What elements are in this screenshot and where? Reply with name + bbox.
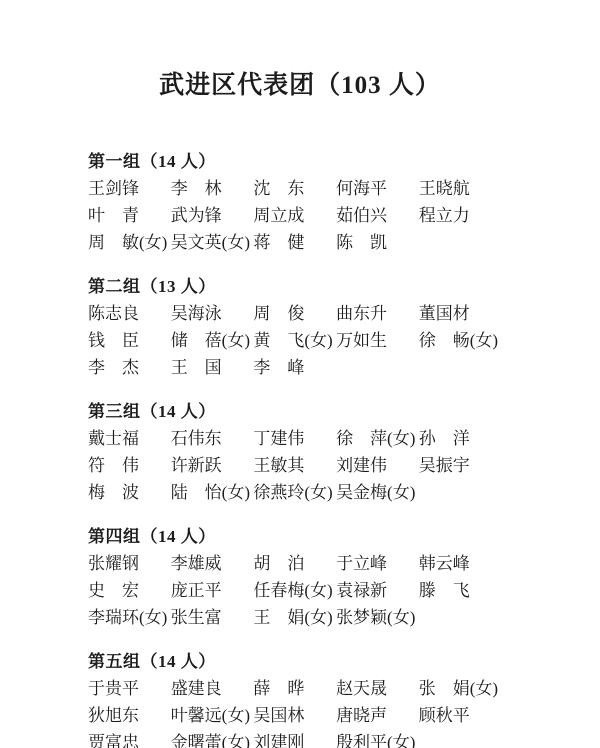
delegate-name: 武为锋	[171, 202, 254, 229]
delegate-name: 叶馨远(女)	[171, 702, 254, 729]
delegate-name: 李 林	[171, 175, 254, 202]
delegate-name: 李瑞环(女)	[88, 604, 171, 631]
delegate-name: 狄旭东	[88, 702, 171, 729]
delegate-name: 刘建刚	[253, 729, 336, 748]
delegate-name: 董国材	[419, 300, 502, 327]
name-row: 叶 青武为锋周立成茹伯兴程立力	[88, 202, 560, 229]
delegate-name: 殷利平(女)	[336, 729, 419, 748]
delegate-name: 梅 波	[88, 479, 171, 506]
name-row: 符 伟许新跃王敏其刘建伟吴振宇	[88, 452, 560, 479]
delegate-name: 沈 东	[253, 175, 336, 202]
delegate-name: 唐晓声	[336, 702, 419, 729]
delegate-name: 金曙蕾(女)	[171, 729, 254, 748]
delegate-name: 钱 臣	[88, 327, 171, 354]
delegate-name: 王 娟(女)	[253, 604, 336, 631]
delegate-name: 石伟东	[171, 425, 254, 452]
delegate-name: 徐 萍(女)	[336, 425, 419, 452]
name-row: 陈志良吴海泳周 俊曲东升董国材	[88, 300, 560, 327]
delegate-group: 第二组（13 人）陈志良吴海泳周 俊曲东升董国材钱 臣储 蓓(女)黄 飞(女)万…	[88, 273, 560, 381]
delegate-name: 徐燕玲(女)	[253, 479, 336, 506]
delegate-name: 王 国	[171, 354, 254, 381]
delegate-name: 吴海泳	[171, 300, 254, 327]
delegate-name: 于立峰	[336, 550, 419, 577]
delegate-name: 何海平	[336, 175, 419, 202]
delegate-name: 许新跃	[171, 452, 254, 479]
delegate-name: 张耀钢	[88, 550, 171, 577]
delegate-name: 黄 飞(女)	[253, 327, 336, 354]
delegate-name: 茹伯兴	[336, 202, 419, 229]
delegate-name: 张生富	[171, 604, 254, 631]
delegate-name: 吴文英(女)	[171, 229, 254, 256]
delegate-name: 吴振宇	[419, 452, 502, 479]
group-header: 第四组（14 人）	[88, 523, 560, 550]
delegate-name: 戴士福	[88, 425, 171, 452]
delegate-name: 陆 怡(女)	[171, 479, 254, 506]
delegate-name: 万如生	[336, 327, 419, 354]
delegate-name: 吴金梅(女)	[336, 479, 419, 506]
name-row: 狄旭东叶馨远(女)吴国林唐晓声顾秋平	[88, 702, 560, 729]
delegate-name: 储 蓓(女)	[171, 327, 254, 354]
group-header: 第一组（14 人）	[88, 148, 560, 175]
delegate-name: 滕 飞	[419, 577, 502, 604]
delegate-name: 张 娟(女)	[419, 675, 502, 702]
delegate-name: 王晓航	[419, 175, 502, 202]
delegate-name: 丁建伟	[253, 425, 336, 452]
delegate-group: 第一组（14 人）王剑锋李 林沈 东何海平王晓航叶 青武为锋周立成茹伯兴程立力周…	[88, 148, 560, 256]
delegate-name: 李 杰	[88, 354, 171, 381]
document-page: 武进区代表团（103 人） 第一组（14 人）王剑锋李 林沈 东何海平王晓航叶 …	[0, 0, 600, 748]
delegate-group: 第三组（14 人）戴士福石伟东丁建伟徐 萍(女)孙 洋符 伟许新跃王敏其刘建伟吴…	[88, 398, 560, 506]
delegate-name: 符 伟	[88, 452, 171, 479]
delegate-name: 胡 泊	[253, 550, 336, 577]
delegate-name: 刘建伟	[336, 452, 419, 479]
group-header: 第三组（14 人）	[88, 398, 560, 425]
delegate-name: 盛建良	[171, 675, 254, 702]
delegate-name: 薛 晔	[253, 675, 336, 702]
name-row: 梅 波陆 怡(女)徐燕玲(女)吴金梅(女)	[88, 479, 560, 506]
delegate-name: 王敏其	[253, 452, 336, 479]
delegate-name: 吴国林	[253, 702, 336, 729]
delegate-name: 叶 青	[88, 202, 171, 229]
delegate-list: 第一组（14 人）王剑锋李 林沈 东何海平王晓航叶 青武为锋周立成茹伯兴程立力周…	[88, 148, 560, 748]
name-row: 李瑞环(女)张生富王 娟(女)张梦颖(女)	[88, 604, 560, 631]
delegate-name: 袁禄新	[336, 577, 419, 604]
name-row: 戴士福石伟东丁建伟徐 萍(女)孙 洋	[88, 425, 560, 452]
delegate-name: 李 峰	[253, 354, 336, 381]
delegate-name: 徐 畅(女)	[419, 327, 502, 354]
delegate-name: 李雄威	[171, 550, 254, 577]
delegate-name: 韩云峰	[419, 550, 502, 577]
delegate-name: 陈志良	[88, 300, 171, 327]
delegate-name: 王剑锋	[88, 175, 171, 202]
document-title: 武进区代表团（103 人）	[0, 0, 600, 100]
group-header: 第五组（14 人）	[88, 648, 560, 675]
delegate-group: 第五组（14 人）于贵平盛建良薛 晔赵天晟张 娟(女)狄旭东叶馨远(女)吴国林唐…	[88, 648, 560, 748]
name-row: 张耀钢李雄威胡 泊于立峰韩云峰	[88, 550, 560, 577]
delegate-name: 赵天晟	[336, 675, 419, 702]
delegate-name: 蒋 健	[253, 229, 336, 256]
group-header: 第二组（13 人）	[88, 273, 560, 300]
delegate-name: 曲东升	[336, 300, 419, 327]
name-row: 于贵平盛建良薛 晔赵天晟张 娟(女)	[88, 675, 560, 702]
delegate-name: 周 俊	[253, 300, 336, 327]
delegate-name: 孙 洋	[419, 425, 502, 452]
delegate-group: 第四组（14 人）张耀钢李雄威胡 泊于立峰韩云峰史 宏庞正平任春梅(女)袁禄新滕…	[88, 523, 560, 631]
delegate-name: 史 宏	[88, 577, 171, 604]
name-row: 贾富忠金曙蕾(女)刘建刚殷利平(女)	[88, 729, 560, 748]
delegate-name: 贾富忠	[88, 729, 171, 748]
name-row: 史 宏庞正平任春梅(女)袁禄新滕 飞	[88, 577, 560, 604]
delegate-name: 陈 凯	[336, 229, 419, 256]
delegate-name: 程立力	[419, 202, 502, 229]
name-row: 李 杰王 国李 峰	[88, 354, 560, 381]
name-row: 王剑锋李 林沈 东何海平王晓航	[88, 175, 560, 202]
delegate-name: 周立成	[253, 202, 336, 229]
delegate-name: 张梦颖(女)	[336, 604, 419, 631]
delegate-name: 顾秋平	[419, 702, 502, 729]
delegate-name: 庞正平	[171, 577, 254, 604]
delegate-name: 任春梅(女)	[253, 577, 336, 604]
name-row: 钱 臣储 蓓(女)黄 飞(女)万如生徐 畅(女)	[88, 327, 560, 354]
name-row: 周 敏(女)吴文英(女)蒋 健陈 凯	[88, 229, 560, 256]
delegate-name: 于贵平	[88, 675, 171, 702]
delegate-name: 周 敏(女)	[88, 229, 171, 256]
